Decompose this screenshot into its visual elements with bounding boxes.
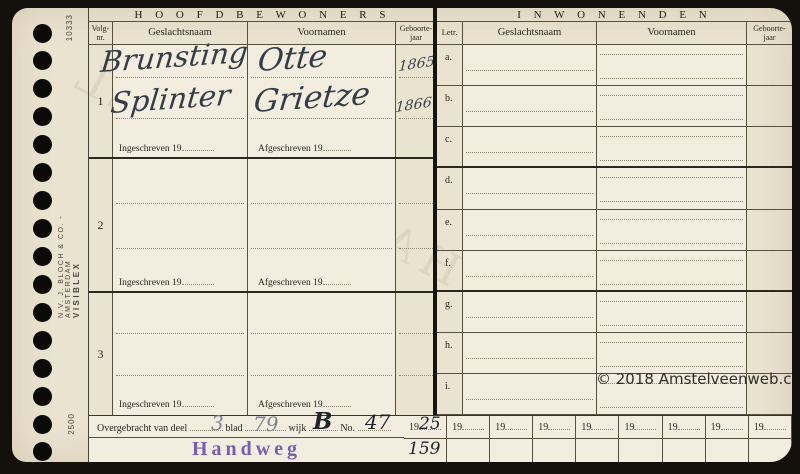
geboortejaar-cell — [747, 333, 792, 373]
binder-hole — [33, 163, 52, 182]
letter-label: a. — [445, 52, 452, 63]
voornamen-cell: Afgeschreven 19 — [248, 159, 396, 291]
volgnr-value: 2 — [89, 159, 112, 291]
geslachtsnaam-cell — [463, 292, 597, 332]
voornamen-cell: Afgeschreven 19 — [248, 293, 396, 415]
ingeschreven-label: Ingeschreven 19 — [119, 275, 214, 288]
letter-cell: f. — [437, 251, 463, 290]
year-row: 19251919191919191919 — [404, 416, 792, 439]
voornamen-cell — [597, 45, 747, 85]
transfer-row: Overgebracht van deel blad wijk No. 3 79… — [89, 415, 405, 438]
year-prefix: 19 — [452, 422, 462, 433]
empty-cell: 159 — [404, 439, 447, 462]
col-volgnr-l1: Volg- — [92, 24, 110, 33]
empty-row: 159 — [404, 439, 792, 462]
letter-cell: d. — [437, 168, 463, 208]
geboortejaar-cell — [747, 86, 792, 126]
afgeschreven-label: Afgeschreven 19 — [258, 141, 351, 154]
voornamen-cell — [597, 333, 747, 373]
year-prefix: 19 — [754, 422, 764, 433]
empty-cell — [490, 439, 533, 462]
binder-hole — [33, 442, 52, 461]
inwonenden-table: I N W O N E N D E N Letr. Geslachtsnaam … — [437, 8, 792, 462]
transfer-label-no: No. — [340, 423, 355, 434]
handwritten-wijk: B — [313, 408, 332, 435]
letter-label: d. — [445, 175, 453, 186]
afgeschreven-label: Afgeschreven 19 — [258, 275, 351, 288]
year-prefix: 19 — [624, 422, 634, 433]
voornamen-cell: Otte Grietze Afgeschreven 19 — [248, 45, 396, 157]
voornamen-cell — [597, 251, 747, 290]
letter-label: f. — [445, 258, 451, 269]
transfer-label-deel: Overgebracht van deel — [97, 423, 187, 434]
letter-label: e. — [445, 217, 452, 228]
voornamen-cell — [597, 210, 747, 250]
handwritten-year-transfer: 25 — [419, 414, 441, 434]
year-prefix: 19 — [538, 422, 548, 433]
binder-hole — [33, 24, 52, 43]
stub-serial-bottom: 2500 — [67, 413, 76, 435]
handwritten-code: 159 — [408, 439, 440, 459]
geslachtsnaam-cell: Brunsting Splinter Ingeschreven 19 — [113, 45, 248, 157]
geboortejaar-cell: 1865 1866 — [396, 45, 436, 157]
col-volgnr-l2: nr. — [96, 33, 104, 42]
stub-brand-block: N.V. J. BLOCH & CO. - AMSTERDAM VISIBLEX — [58, 178, 81, 318]
year-prefix: 19 — [581, 422, 591, 433]
geboortejaar-cell — [396, 293, 436, 415]
ingeschreven-text: Ingeschreven 19 — [119, 278, 182, 288]
empty-cell — [663, 439, 706, 462]
col-letter: Letr. — [437, 22, 463, 44]
volgnr-value: 3 — [89, 293, 112, 415]
geboortejaar-cell — [747, 210, 792, 250]
geslachtsnaam-cell — [463, 86, 597, 126]
letter-cell: b. — [437, 86, 463, 126]
year-prefix: 19 — [495, 422, 505, 433]
year-cell: 19 — [576, 416, 619, 438]
year-cell: 19 — [619, 416, 662, 438]
stub-brand-sub: N.V. J. BLOCH & CO. - AMSTERDAM — [58, 178, 72, 318]
binder-hole — [33, 359, 52, 378]
geslachtsnaam-cell: Ingeschreven 19 — [113, 293, 248, 415]
handwritten-surname-2: Splinter — [109, 78, 232, 120]
handwritten-firstname-2: Grietze — [252, 76, 372, 120]
letter-cell: h. — [437, 333, 463, 373]
afgeschreven-text: Afgeschreven 19 — [258, 144, 323, 154]
inwonenden-row-f: f. — [437, 251, 792, 292]
inwonenden-row-g: g. — [437, 292, 792, 333]
year-cell: 19 — [447, 416, 490, 438]
col-voornamen: Voornamen — [597, 22, 747, 44]
transfer-label-wijk: wijk — [289, 423, 307, 434]
letter-label: h. — [445, 340, 453, 351]
binder-hole — [33, 135, 52, 154]
geboortejaar-cell — [396, 159, 436, 291]
year-prefix: 19 — [409, 422, 419, 433]
inwonenden-row-c: c. — [437, 127, 792, 168]
handwritten-year-2: 1866 — [395, 95, 432, 116]
geslachtsnaam-cell — [463, 333, 597, 373]
col-geboortejaar-l2: jaar — [764, 33, 776, 42]
volgnr-cell: 2 — [89, 159, 113, 291]
ingeschreven-text: Ingeschreven 19 — [119, 144, 182, 154]
scanned-register-card: HAMMERMILL 10333 N.V. J. BLOCH & CO. - A… — [0, 0, 800, 474]
geslachtsnaam-cell — [463, 251, 597, 290]
inwonenden-row-h: h. — [437, 333, 792, 374]
hoofdbewoners-table: H O O F D B E W O N E R S Volg- nr. Gesl… — [88, 8, 436, 462]
handwritten-no: 47 — [365, 410, 390, 434]
handweg-stamp: Handweg — [192, 438, 301, 460]
letter-cell: c. — [437, 127, 463, 166]
geslachtsnaam-cell — [463, 45, 597, 85]
geslachtsnaam-cell — [463, 168, 597, 208]
inwonenden-row-b: b. — [437, 86, 792, 127]
letter-label: c. — [445, 134, 452, 145]
year-prefix: 19 — [668, 422, 678, 433]
binder-hole — [33, 107, 52, 126]
hoofdbewoners-row-2: 2 Ingeschreven 19 Afgeschreven 19 — [89, 159, 436, 293]
geslachtsnaam-cell — [463, 374, 597, 414]
voornamen-cell — [597, 292, 747, 332]
copyright-watermark: © 2018 Amstelveenweb.com — [596, 370, 792, 388]
afgeschreven-text: Afgeschreven 19 — [258, 278, 323, 288]
inwonenden-row-d: d. — [437, 168, 792, 209]
binder-hole — [33, 191, 52, 210]
afgeschreven-label: Afgeschreven 19 — [258, 397, 351, 410]
handwritten-deel: 3 — [211, 411, 224, 435]
geslachtsnaam-cell — [463, 127, 597, 166]
transfer-label-blad: blad — [225, 423, 242, 434]
letter-cell: i. — [437, 374, 463, 414]
letter-label: i. — [445, 381, 450, 392]
col-geslachtsnaam: Geslachtsnaam — [463, 22, 597, 44]
binder-hole — [33, 303, 52, 322]
voornamen-cell — [597, 127, 747, 166]
hoofdbewoners-title: H O O F D B E W O N E R S — [89, 8, 436, 22]
letter-label: g. — [445, 299, 453, 310]
year-cell: 1925 — [404, 416, 447, 438]
year-cell: 19 — [533, 416, 576, 438]
volgnr-cell: 3 — [89, 293, 113, 415]
binder-hole — [33, 219, 52, 238]
col-geboortejaar: Geboorte- jaar — [747, 22, 792, 44]
stub-serial-top: 10333 — [65, 14, 74, 41]
col-volgnr: Volg- nr. — [89, 22, 113, 44]
stamp-row: Handweg — [89, 438, 405, 462]
ingeschreven-label: Ingeschreven 19 — [119, 397, 214, 410]
geboortejaar-cell — [747, 292, 792, 332]
letter-cell: a. — [437, 45, 463, 85]
binder-hole — [33, 415, 52, 434]
inwonenden-title: I N W O N E N D E N — [437, 8, 792, 22]
col-geboortejaar: Geboorte- jaar — [396, 22, 436, 44]
geboortejaar-cell — [747, 45, 792, 85]
empty-cell — [706, 439, 749, 462]
year-cell: 19 — [663, 416, 706, 438]
geslachtsnaam-cell: Ingeschreven 19 — [113, 159, 248, 291]
year-cell: 19 — [490, 416, 533, 438]
handwritten-blad: 79 — [253, 412, 278, 436]
inwonenden-row-a: a. — [437, 45, 792, 86]
binder-hole — [33, 51, 52, 70]
stub-brand: VISIBLEX — [72, 178, 81, 318]
col-geboortejaar-l2: jaar — [410, 33, 422, 42]
binder-hole — [33, 387, 52, 406]
handwritten-firstname-1: Otte — [256, 38, 329, 79]
card: HAMMERMILL 10333 N.V. J. BLOCH & CO. - A… — [12, 8, 792, 462]
inwonenden-row-e: e. — [437, 210, 792, 251]
ingeschreven-label: Ingeschreven 19 — [119, 141, 214, 154]
binder-hole — [33, 331, 52, 350]
voornamen-cell — [597, 86, 747, 126]
empty-cell — [749, 439, 792, 462]
year-cell: 19 — [706, 416, 749, 438]
hoofdbewoners-row-1: 1 Brunsting Splinter Ingeschreven 19 Ott… — [89, 45, 436, 159]
handwritten-year-1: 1865 — [398, 54, 435, 75]
empty-cell — [619, 439, 662, 462]
letter-cell: g. — [437, 292, 463, 332]
empty-cell — [533, 439, 576, 462]
hoofdbewoners-row-3: 3 Ingeschreven 19 Afgeschreven 19 — [89, 293, 436, 415]
year-prefix: 19 — [711, 422, 721, 433]
ingeschreven-text: Ingeschreven 19 — [119, 400, 182, 410]
binder-hole — [33, 79, 52, 98]
voornamen-cell — [597, 168, 747, 208]
col-geboortejaar-l1: Geboorte- — [753, 24, 785, 33]
geboortejaar-cell — [747, 127, 792, 166]
letter-cell: e. — [437, 210, 463, 250]
geboortejaar-cell — [747, 168, 792, 208]
letter-label: b. — [445, 93, 453, 104]
year-cell: 19 — [749, 416, 792, 438]
binder-hole — [33, 247, 52, 266]
inwonenden-header: Letr. Geslachtsnaam Voornamen Geboorte- … — [437, 22, 792, 45]
year-strip: 19251919191919191919 159 — [404, 415, 792, 462]
binder-hole — [33, 275, 52, 294]
empty-cell — [447, 439, 490, 462]
geboortejaar-cell — [747, 251, 792, 290]
empty-cell — [576, 439, 619, 462]
col-geboortejaar-l1: Geboorte- — [400, 24, 432, 33]
geslachtsnaam-cell — [463, 210, 597, 250]
